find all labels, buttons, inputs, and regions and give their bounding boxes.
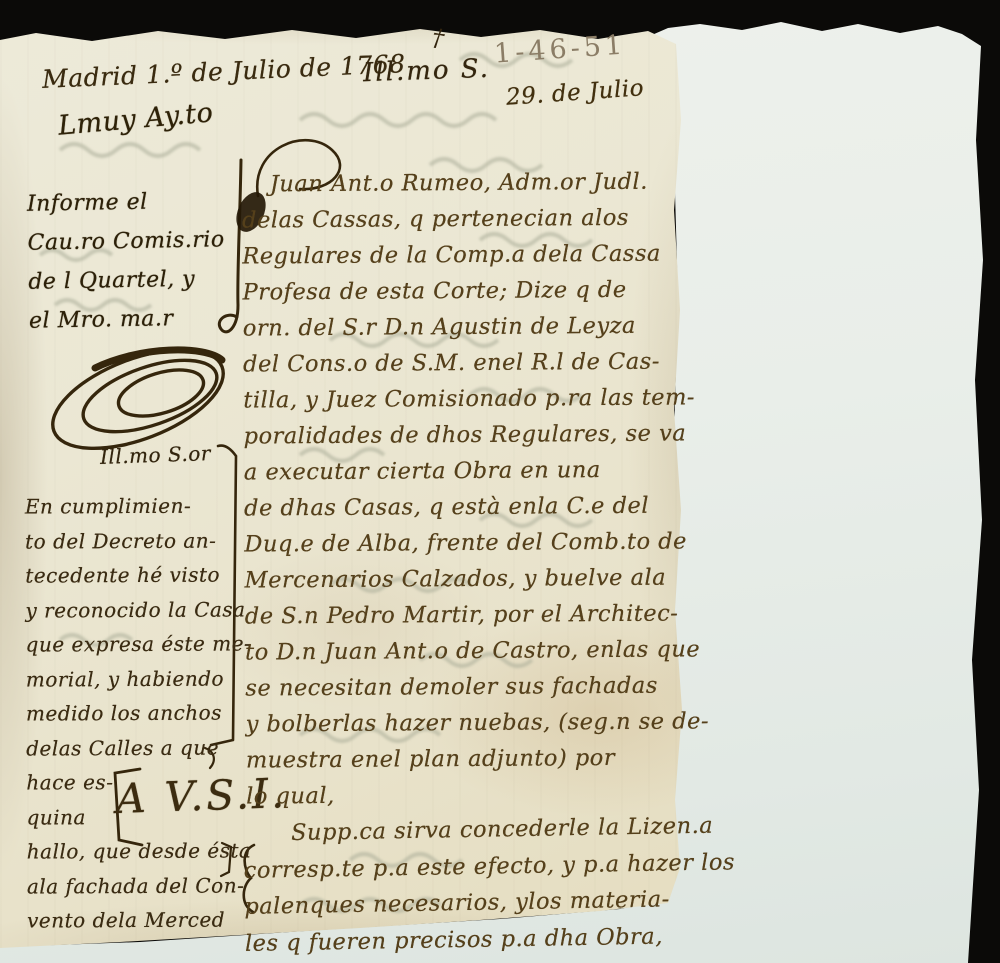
addressee-abbreviation: Ill.mo S. [363,54,491,88]
margin-instruction-note: Informe el Cau.ro Comis.rio de l Quartel… [27,181,227,340]
body-line: de dhas Casas, q està enla C.e del [244,487,684,526]
body-line: Regulares de la Comp.a dela Cassa [242,235,682,274]
margin-report-line: hallo, que desde ésta [27,833,239,869]
margin-instruction-line: de l Quartel, y [28,259,226,301]
petition-line: Supp.ca sirva concederle la Lizen.a [291,808,684,851]
body-line: muestra enel plan adjunto) por [246,739,686,778]
body-line: tilla, y Juez Comisionado p.ra las tem- [243,379,683,418]
margin-report-line: y reconocido la Casa [25,592,237,628]
margin-report-line: vento dela Merced [27,902,239,938]
margin-report-line: ala fachada del Con- [27,868,239,904]
petition-closing: Supp.ca sirva concederle la Lizen.a corr… [243,808,685,962]
margin-report-line: En cumplimien- [25,488,237,524]
body-line: se necesitan demoler sus fachadas [245,667,685,706]
margin-report-paragraph: En cumplimien- to del Decreto an- tecede… [25,488,239,938]
margin-report-line: morial, y habiendo [26,661,238,697]
body-line: a executar cierta Obra en una [244,451,684,490]
body-line: orn. del S.r D.n Agustin de Leyza [243,307,683,346]
body-line: delas Cassas, q pertenecian alos [242,199,682,238]
body-line: to D.n Juan Ant.o de Castro, enlas que [245,631,685,670]
petition-line: les q fueren precisos p.a dha Obra, [245,918,686,962]
margin-report-line: tecedente hé visto [25,557,237,593]
margin-report-line: delas Calles a que [26,730,238,766]
body-line: Mercenarios Calzados, y buelve ala [245,559,685,598]
margin-instruction-line: Cau.ro Comis.rio [27,220,225,262]
petition-body: Juan Ant.o Rumeo, Adm.or Judl. delas Cas… [242,163,687,814]
margin-instruction-line: el Mro. ma.r [29,298,227,340]
body-line: Duq.e de Alba, frente del Comb.to de [244,523,684,562]
body-line: de S.n Pedro Martir, por el Architec- [245,595,685,634]
margin-report-line: medido los anchos [26,695,238,731]
margin-instruction-line: Informe el [27,181,225,223]
margin-report-line: que expresa éste me- [26,626,238,662]
body-line: del Cons.o de S.M. enel R.l de Cas- [243,343,683,382]
manuscript-scan: Madrid 1.º de Julio de 1768 † Ill.mo S. … [0,0,1000,963]
body-line: Profesa de esta Corte; Dize q de [242,271,682,310]
body-line: poralidades de dhos Regulares, se va [244,415,684,454]
body-line: y bolberlas hazer nuebas, (seg.n se de- [246,703,686,742]
report-salutation: Ill.mo S.or [100,441,212,469]
body-line: Juan Ant.o Rumeo, Adm.or Judl. [270,163,682,202]
margin-report-line: to del Decreto an- [25,523,237,559]
